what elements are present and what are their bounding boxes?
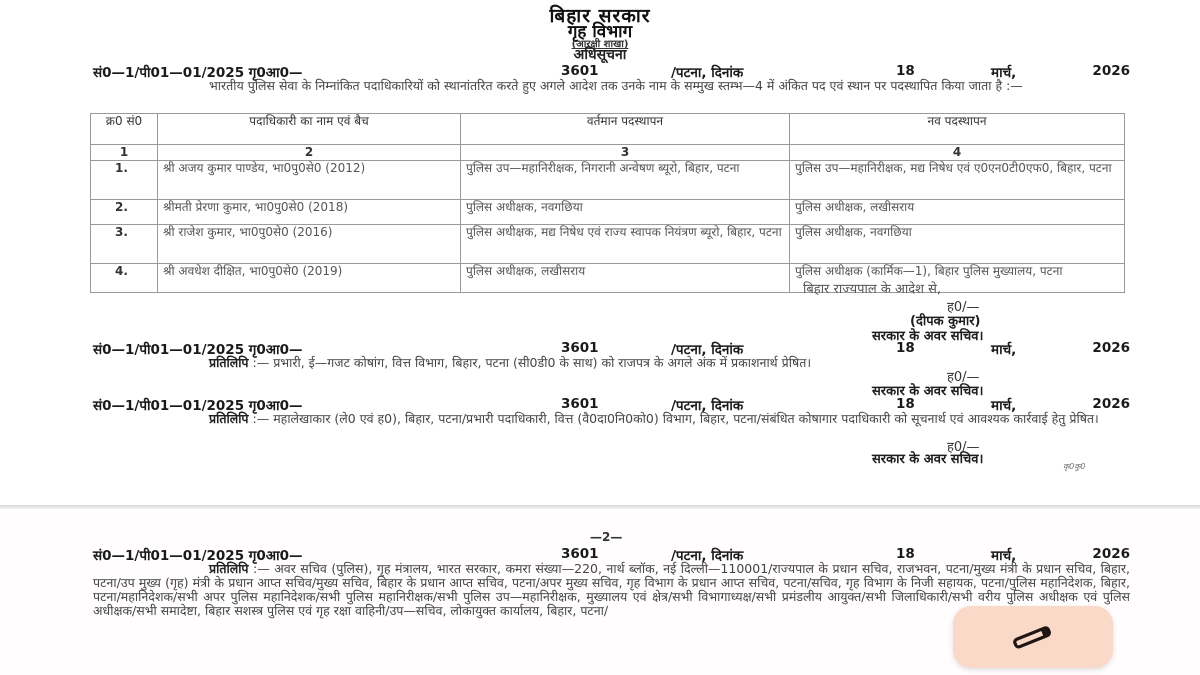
table-header-row: क्र0 सं0 पदाधिकारी का नाम एवं बैच वर्तमा… [91,114,1125,145]
doc-type-title: अधिसूचना [0,45,1200,64]
page-number: —2— [590,530,622,544]
reference-line: सं0—1/पी01—01/2025 गृ0आ0— 3601 /पटना, दि… [93,63,1130,79]
designation-copy2: सरकार के अवर सचिव। [872,449,983,467]
notification-paragraph: भारतीय पुलिस सेवा के निम्नांकित पदाधिकार… [93,79,1130,92]
reference-line-page2: सं0—1/पी01—01/2025 गृ0आ0— 3601 /पटना, दि… [93,546,1130,562]
column-number-row: 1 2 3 4 [91,145,1125,161]
reference-line-copy1: सं0—1/पी01—01/2025 गृ0आ0— 3601 /पटना, दि… [93,340,1130,356]
table-row: 1. श्री अजय कुमार पाण्डेय, भा0पु0से0 (20… [91,160,1125,199]
initials-mark: कृ0कु0 [1063,461,1085,472]
ref-day: 18 [896,63,915,79]
ref-year: 2026 [1092,63,1130,79]
table-row: 3. श्री राजेश कुमार, भा0पु0से0 (2016) पु… [91,224,1125,263]
header-sn: क्र0 सं0 [91,114,158,145]
header-current: वर्तमान पदस्थापन [461,114,790,145]
header-new: नव पदस्थापन [790,114,1125,145]
edit-button[interactable] [953,606,1113,668]
reference-line-copy2: सं0—1/पी01—01/2025 गृ0आ0— 3601 /पटना, दि… [93,396,1130,412]
pencil-icon [1010,622,1056,652]
copy2-paragraph: प्रतिलिपि :— महालेखाकार (ले0 एवं ह0), बि… [93,412,1130,425]
governor-order-line: बिहार राज्यपाल के आदेश से, [803,279,941,297]
table-row: 2. श्रीमती प्रेरणा कुमार, भा0पु0से0 (201… [91,199,1125,224]
table-row: 4. श्री अवधेश दीक्षित, भा0पु0से0 (2019) … [91,263,1125,292]
header-name: पदाधिकारी का नाम एवं बैच [158,114,461,145]
transfer-table: क्र0 सं0 पदाधिकारी का नाम एवं बैच वर्तमा… [90,113,1125,293]
document-page-1: बिहार सरकार गृह विभाग (आरक्षी शाखा) अधिस… [0,0,1200,507]
memo-number: 3601 [561,63,599,79]
